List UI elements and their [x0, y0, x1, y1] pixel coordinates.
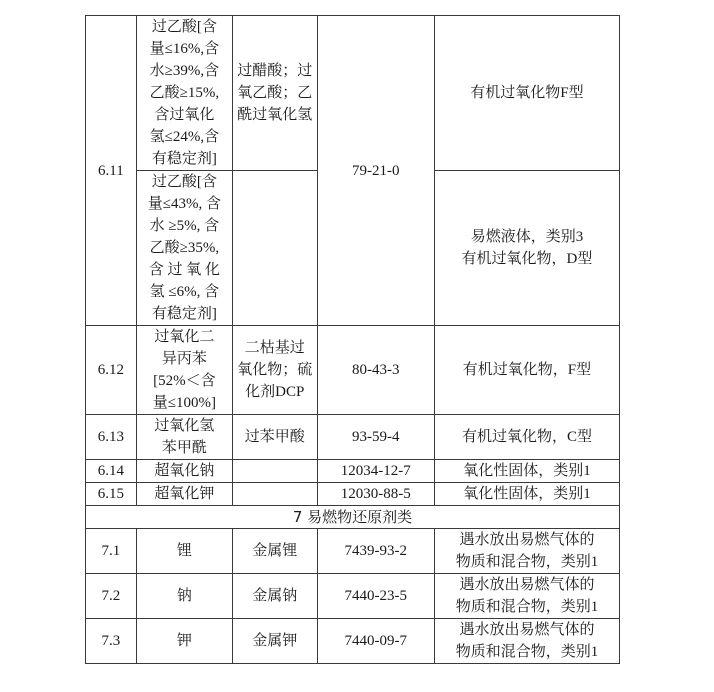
chemical-name: 过乙酸[含 量≤16%,含 水≥39%,含 乙酸≥15%, 含过氧化 氢≤24%…	[136, 16, 232, 171]
chemical-name: 过乙酸[含 量≤43%, 含 水 ≥5%, 含 乙酸≥35%, 含 过 氧 化 …	[136, 171, 232, 326]
chemical-name: 过氧化二 异丙苯 [52%＜含 量≤100%]	[136, 326, 232, 415]
cas-number: 7439-93-2	[317, 529, 434, 574]
cas-number: 7440-09-7	[317, 619, 434, 664]
row-number: 6.14	[86, 460, 137, 483]
chemical-name: 钾	[136, 619, 232, 664]
cas-number: 7440-23-5	[317, 574, 434, 619]
chemical-alias: 过苯甲酸	[232, 415, 317, 460]
chemical-name: 超氧化钾	[136, 483, 232, 506]
hazard-class: 遇水放出易燃气体的 物质和混合物，类别1	[434, 619, 619, 664]
row-number: 6.11	[86, 16, 137, 326]
cas-number: 80-43-3	[317, 326, 434, 415]
row-number: 7.3	[86, 619, 137, 664]
chemical-alias	[232, 171, 317, 326]
chemical-alias	[232, 483, 317, 506]
section-title: 7 易燃物还原剂类	[86, 506, 620, 529]
row-number: 6.13	[86, 415, 137, 460]
section-header-row: 7 易燃物还原剂类	[86, 506, 620, 529]
hazard-class: 氧化性固体，类别1	[434, 483, 619, 506]
cas-number: 12034-12-7	[317, 460, 434, 483]
chemical-name: 钠	[136, 574, 232, 619]
table-row: 6.12 过氧化二 异丙苯 [52%＜含 量≤100%] 二枯基过 氧化物；硫 …	[86, 326, 620, 415]
hazard-class: 遇水放出易燃气体的 物质和混合物，类别1	[434, 529, 619, 574]
table-row: 6.15 超氧化钾 12030-88-5 氧化性固体，类别1	[86, 483, 620, 506]
hazard-class: 有机过氧化物，F型	[434, 326, 619, 415]
chemical-alias: 二枯基过 氧化物；硫 化剂DCP	[232, 326, 317, 415]
table-row: 7.2 钠 金属钠 7440-23-5 遇水放出易燃气体的 物质和混合物，类别1	[86, 574, 620, 619]
row-number: 7.2	[86, 574, 137, 619]
chemical-alias: 金属锂	[232, 529, 317, 574]
hazard-class: 有机过氧化物F型	[434, 16, 619, 171]
hazard-class: 遇水放出易燃气体的 物质和混合物，类别1	[434, 574, 619, 619]
chemical-alias: 过醋酸；过 氧乙酸；乙 酰过氧化氢	[232, 16, 317, 171]
table-row: 6.11 过乙酸[含 量≤16%,含 水≥39%,含 乙酸≥15%, 含过氧化 …	[86, 16, 620, 171]
row-number: 6.12	[86, 326, 137, 415]
cas-number: 79-21-0	[317, 16, 434, 326]
chemical-name: 超氧化钠	[136, 460, 232, 483]
table-row: 7.1 锂 金属锂 7439-93-2 遇水放出易燃气体的 物质和混合物，类别1	[86, 529, 620, 574]
hazard-class: 易燃液体，类别3 有机过氧化物，D型	[434, 171, 619, 326]
table-row: 7.3 钾 金属钾 7440-09-7 遇水放出易燃气体的 物质和混合物，类别1	[86, 619, 620, 664]
row-number: 7.1	[86, 529, 137, 574]
hazard-class: 氧化性固体，类别1	[434, 460, 619, 483]
chemical-alias	[232, 460, 317, 483]
chemical-alias: 金属钠	[232, 574, 317, 619]
cas-number: 12030-88-5	[317, 483, 434, 506]
table-row: 6.13 过氧化氢 苯甲酰 过苯甲酸 93-59-4 有机过氧化物，C型	[86, 415, 620, 460]
row-number: 6.15	[86, 483, 137, 506]
chemical-name: 锂	[136, 529, 232, 574]
chemical-table: 6.11 过乙酸[含 量≤16%,含 水≥39%,含 乙酸≥15%, 含过氧化 …	[85, 15, 620, 664]
chemical-name: 过氧化氢 苯甲酰	[136, 415, 232, 460]
cas-number: 93-59-4	[317, 415, 434, 460]
chemical-alias: 金属钾	[232, 619, 317, 664]
table-row: 6.14 超氧化钠 12034-12-7 氧化性固体，类别1	[86, 460, 620, 483]
hazard-class: 有机过氧化物，C型	[434, 415, 619, 460]
